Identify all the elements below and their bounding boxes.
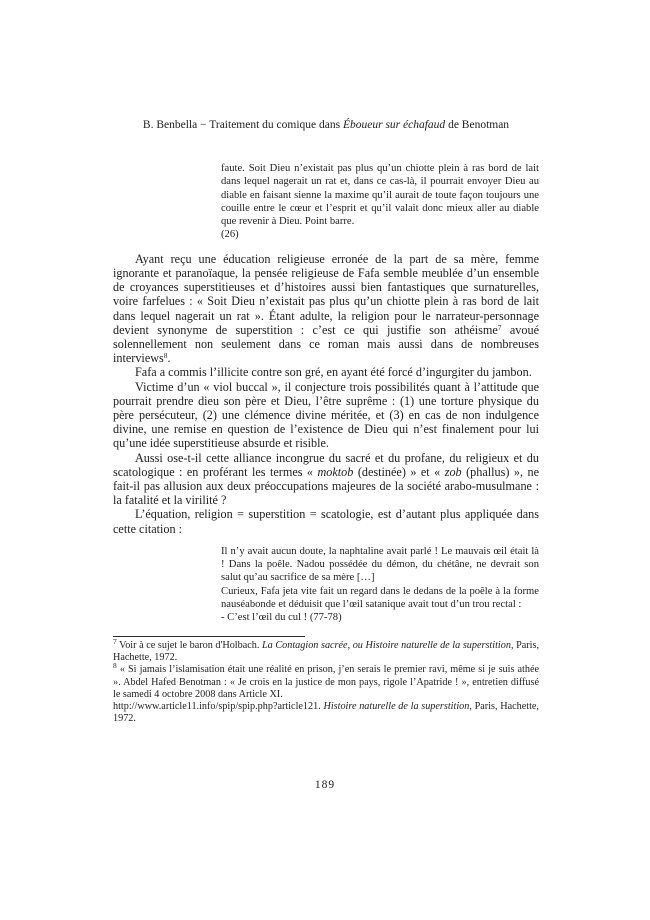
- block-quote-2: Il n’y avait aucun doute, la naphtaline …: [221, 545, 539, 625]
- footnote-reference-7: 7: [498, 323, 502, 332]
- footnote-8-book-title: Histoire naturelle de la superstition: [323, 701, 469, 712]
- block-quote-1: faute. Soit Dieu n’existait pas plus qu’…: [221, 162, 539, 242]
- scanned-paper-page: B. Benbella − Traitement du comique dans…: [0, 0, 650, 920]
- footnote-8-marker: 8: [113, 661, 117, 670]
- page-number: 189: [0, 779, 650, 791]
- footnote-8-url: http://www.article11.info/spip/spip.php?…: [113, 701, 323, 712]
- italic-term-zob: zob: [445, 465, 462, 479]
- quote-2-line-3: - C’est l’œil du cul ! (77-78): [221, 611, 539, 624]
- paragraph-2: Fafa a commis l’illicite contre son gré,…: [113, 365, 539, 379]
- quote-2-line-2: Curieux, Fafa jeta vite fait un regard d…: [221, 585, 539, 612]
- footnote-7-marker: 7: [113, 637, 117, 646]
- quote-2-line-1: Il n’y avait aucun doute, la naphtaline …: [221, 545, 539, 585]
- running-header: B. Benbella − Traitement du comique dans…: [113, 118, 539, 132]
- paragraph-3: Victime d’un « viol buccal », il conject…: [113, 380, 539, 451]
- body-text: Ayant reçu une éducation religieuse erro…: [113, 252, 539, 536]
- paragraph-5: L’équation, religion = superstition = sc…: [113, 507, 539, 535]
- running-header-prefix: B. Benbella − Traitement du comique dans: [143, 119, 343, 131]
- footnotes: 7 Voir à ce sujet le baron d'Holbach. La…: [113, 640, 539, 726]
- paragraph-1: Ayant reçu une éducation religieuse erro…: [113, 252, 539, 366]
- quote-1-page-ref: (26): [221, 228, 539, 241]
- footnote-reference-8: 8: [164, 351, 168, 360]
- footnote-separator-rule: [113, 636, 305, 637]
- italic-term-moktob: moktob: [317, 465, 353, 479]
- paragraph-4-text-b: (destinée) » et «: [353, 465, 444, 479]
- footnote-7-text-a: Voir à ce sujet le baron d'Holbach.: [117, 640, 262, 651]
- footnote-8-text-a: « Si jamais l’islamisation était une réa…: [113, 664, 539, 700]
- footnote-8: 8 « Si jamais l’islamisation était une r…: [113, 664, 539, 725]
- quote-1-text: faute. Soit Dieu n’existait pas plus qu’…: [221, 163, 539, 227]
- text-block: B. Benbella − Traitement du comique dans…: [113, 118, 539, 726]
- footnote-7-book-title: La Contagion sacrée, ou Histoire naturel…: [262, 640, 511, 651]
- paragraph-4: Aussi ose-t-il cette alliance incongrue …: [113, 451, 539, 508]
- running-header-suffix: de Benotman: [445, 119, 509, 131]
- paragraph-1-text-a: Ayant reçu une éducation religieuse erro…: [113, 252, 539, 337]
- running-header-work-title: Éboueur sur échafaud: [343, 119, 445, 131]
- footnote-7: 7 Voir à ce sujet le baron d'Holbach. La…: [113, 640, 539, 665]
